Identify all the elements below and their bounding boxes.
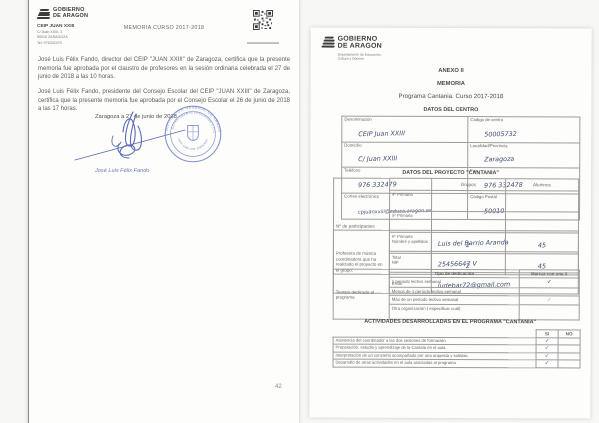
section-title-actividades: ACTIVIDADES DESARROLLADAS EN EL PROGRAMA… bbox=[310, 319, 591, 326]
title-anexo: ANEXO II bbox=[311, 68, 592, 75]
title-memoria: MEMORIA bbox=[310, 81, 591, 88]
anexo-ii-form-page: GOBIERNO DE ARAGON Departamento de Educa… bbox=[309, 28, 591, 419]
aragon-stripes-icon bbox=[37, 8, 50, 18]
gobierno-aragon-logo-text: GOBIERNO DE ARAGON bbox=[338, 36, 390, 51]
section-title-datos-proyecto: DATOS DEL PROYECTO "CANTANIA" bbox=[310, 170, 591, 177]
handwritten-checkmark: ✓ bbox=[547, 298, 552, 304]
table-row: DomicilioC/ Juan XXIII Localidad/Provinc… bbox=[342, 142, 580, 169]
table-row: DenominaciónCEIP Juan XXIII Código de ce… bbox=[342, 116, 580, 143]
qr-code bbox=[253, 10, 273, 30]
memoria-certificate-page: GOBIERNO DE ARAGON CEIP JUAN XXIII C/ Ju… bbox=[28, 0, 299, 423]
dedication-table: Tiempo dedicado al programa Tipo de dedi… bbox=[333, 269, 580, 321]
option-label: 1 período lectivo semanal bbox=[389, 277, 519, 287]
title-programa: Programa Cantania. Curso 2017-2018 bbox=[310, 93, 591, 101]
column-header-si: SI bbox=[536, 330, 558, 338]
centre-address-line: Tel: 976332479 bbox=[37, 41, 88, 45]
column-header-no: NO bbox=[558, 330, 580, 338]
column-header-alumnos: Alumnos bbox=[505, 179, 579, 191]
option-label: Más de un período lectivo semanal bbox=[389, 295, 519, 305]
aragon-stripes-icon bbox=[322, 36, 335, 48]
stamp-shield-icon bbox=[188, 125, 199, 140]
field-label: Código de centro bbox=[470, 118, 577, 123]
scanned-document-canvas: { "left_page": { "org_name": "GOBIERNO\n… bbox=[0, 0, 599, 423]
field-label: Localidad/Provincia bbox=[470, 144, 577, 149]
gobierno-aragon-logo: GOBIERNO DE ARAGON Departamento de Educa… bbox=[322, 36, 390, 62]
gobierno-aragon-logo-text: GOBIERNO DE ARAGON bbox=[53, 8, 88, 20]
handwritten-checkmark: ✓ bbox=[545, 362, 550, 367]
handwritten-value: CEIP Juan XXIII bbox=[358, 130, 405, 137]
option-label: Otra organización ( especificar cuál) bbox=[389, 304, 519, 319]
gobierno-aragon-logo: GOBIERNO DE ARAGON bbox=[37, 8, 88, 20]
activity-label: Desarrollo de otras actividades en el au… bbox=[333, 359, 536, 367]
centre-address-line: 50010 ZARAGOZA bbox=[37, 35, 88, 39]
row-label: 4º Primaria bbox=[390, 190, 432, 211]
column-header-grupos: Grupos bbox=[432, 178, 506, 190]
handwritten-value: C/ Juan XXIII bbox=[358, 156, 397, 163]
certification-paragraph-claustro: José Luis Félix Fando, director del CEIP… bbox=[38, 56, 290, 82]
page-number: 42 bbox=[275, 384, 282, 390]
right-page-header: GOBIERNO DE ARAGON Departamento de Educa… bbox=[322, 36, 390, 62]
handwritten-value: Zaragoza bbox=[484, 156, 514, 163]
department-subtitle: Departamento de Educación, Cultura y Dep… bbox=[338, 52, 390, 61]
row-label: Nombre y apellidos bbox=[389, 230, 431, 251]
field-label: Domicilio bbox=[344, 143, 465, 148]
official-round-stamp: DIPUTACIÓN GENERAL DE ARAGÓN DEPARTAMENT… bbox=[161, 102, 225, 166]
field-label: Tiempo dedicado al programa bbox=[333, 269, 389, 319]
handwritten-value: Luis del Barrio Aranda bbox=[438, 239, 509, 247]
field-label: Denominación bbox=[344, 118, 465, 123]
activities-table: SI NO Asistencia del coordinador a las d… bbox=[332, 329, 580, 368]
table-row: Desarrollo de otras actividades en el au… bbox=[333, 359, 580, 367]
column-header-marcar: Marcar con una X bbox=[519, 270, 579, 278]
handwritten-value: 50005732 bbox=[484, 131, 517, 138]
handwritten-checkmark: ✓ bbox=[545, 347, 550, 352]
handwritten-checkmark: ✓ bbox=[547, 280, 552, 286]
signer-name: José Luis Félix Fando bbox=[95, 168, 149, 174]
handwritten-value: 25456647 V bbox=[438, 261, 477, 268]
table-row: Nº de participantes Grupos Alumnos bbox=[334, 178, 579, 191]
handwritten-checkmark: ✓ bbox=[545, 354, 550, 359]
table-row: Profesora de música coordinadora que ha … bbox=[333, 230, 578, 252]
handwritten-checkmark: ✓ bbox=[545, 339, 550, 344]
section-title-datos-centro: DATOS DEL CENTRO bbox=[310, 107, 591, 114]
qr-caption-line bbox=[247, 42, 279, 44]
